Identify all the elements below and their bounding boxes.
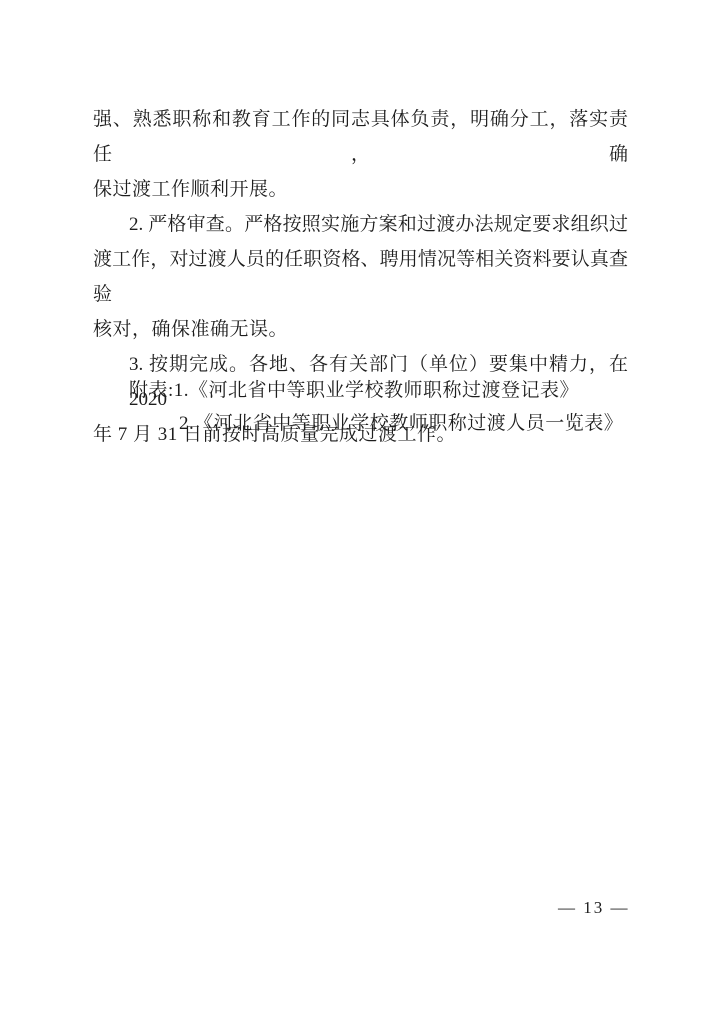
attachment-line-2: 2.《河北省中等职业学校教师职称过渡人员一览表》 [93,407,628,440]
body-line-3-item-2-strict-review: 2. 严格审查。严格按照实施方案和过渡办法规定要求组织过 [93,207,628,242]
body-line-4: 渡工作，对过渡人员的任职资格、聘用情况等相关资料要认真查验 [93,242,628,312]
body-line-2: 保过渡工作顺利开展。 [93,172,628,207]
attachment-list: 附表:1.《河北省中等职业学校教师职称过渡登记表》 2.《河北省中等职业学校教师… [93,374,628,440]
body-line-5: 核对，确保准确无误。 [93,312,628,347]
attachment-line-1: 附表:1.《河北省中等职业学校教师职称过渡登记表》 [93,374,628,407]
document-page: 强、熟悉职称和教育工作的同志具体负责，明确分工，落实责任，确 保过渡工作顺利开展… [0,0,724,1024]
body-line-1: 强、熟悉职称和教育工作的同志具体负责，明确分工，落实责任，确 [93,102,628,172]
page-number: — 13 — [558,898,630,918]
